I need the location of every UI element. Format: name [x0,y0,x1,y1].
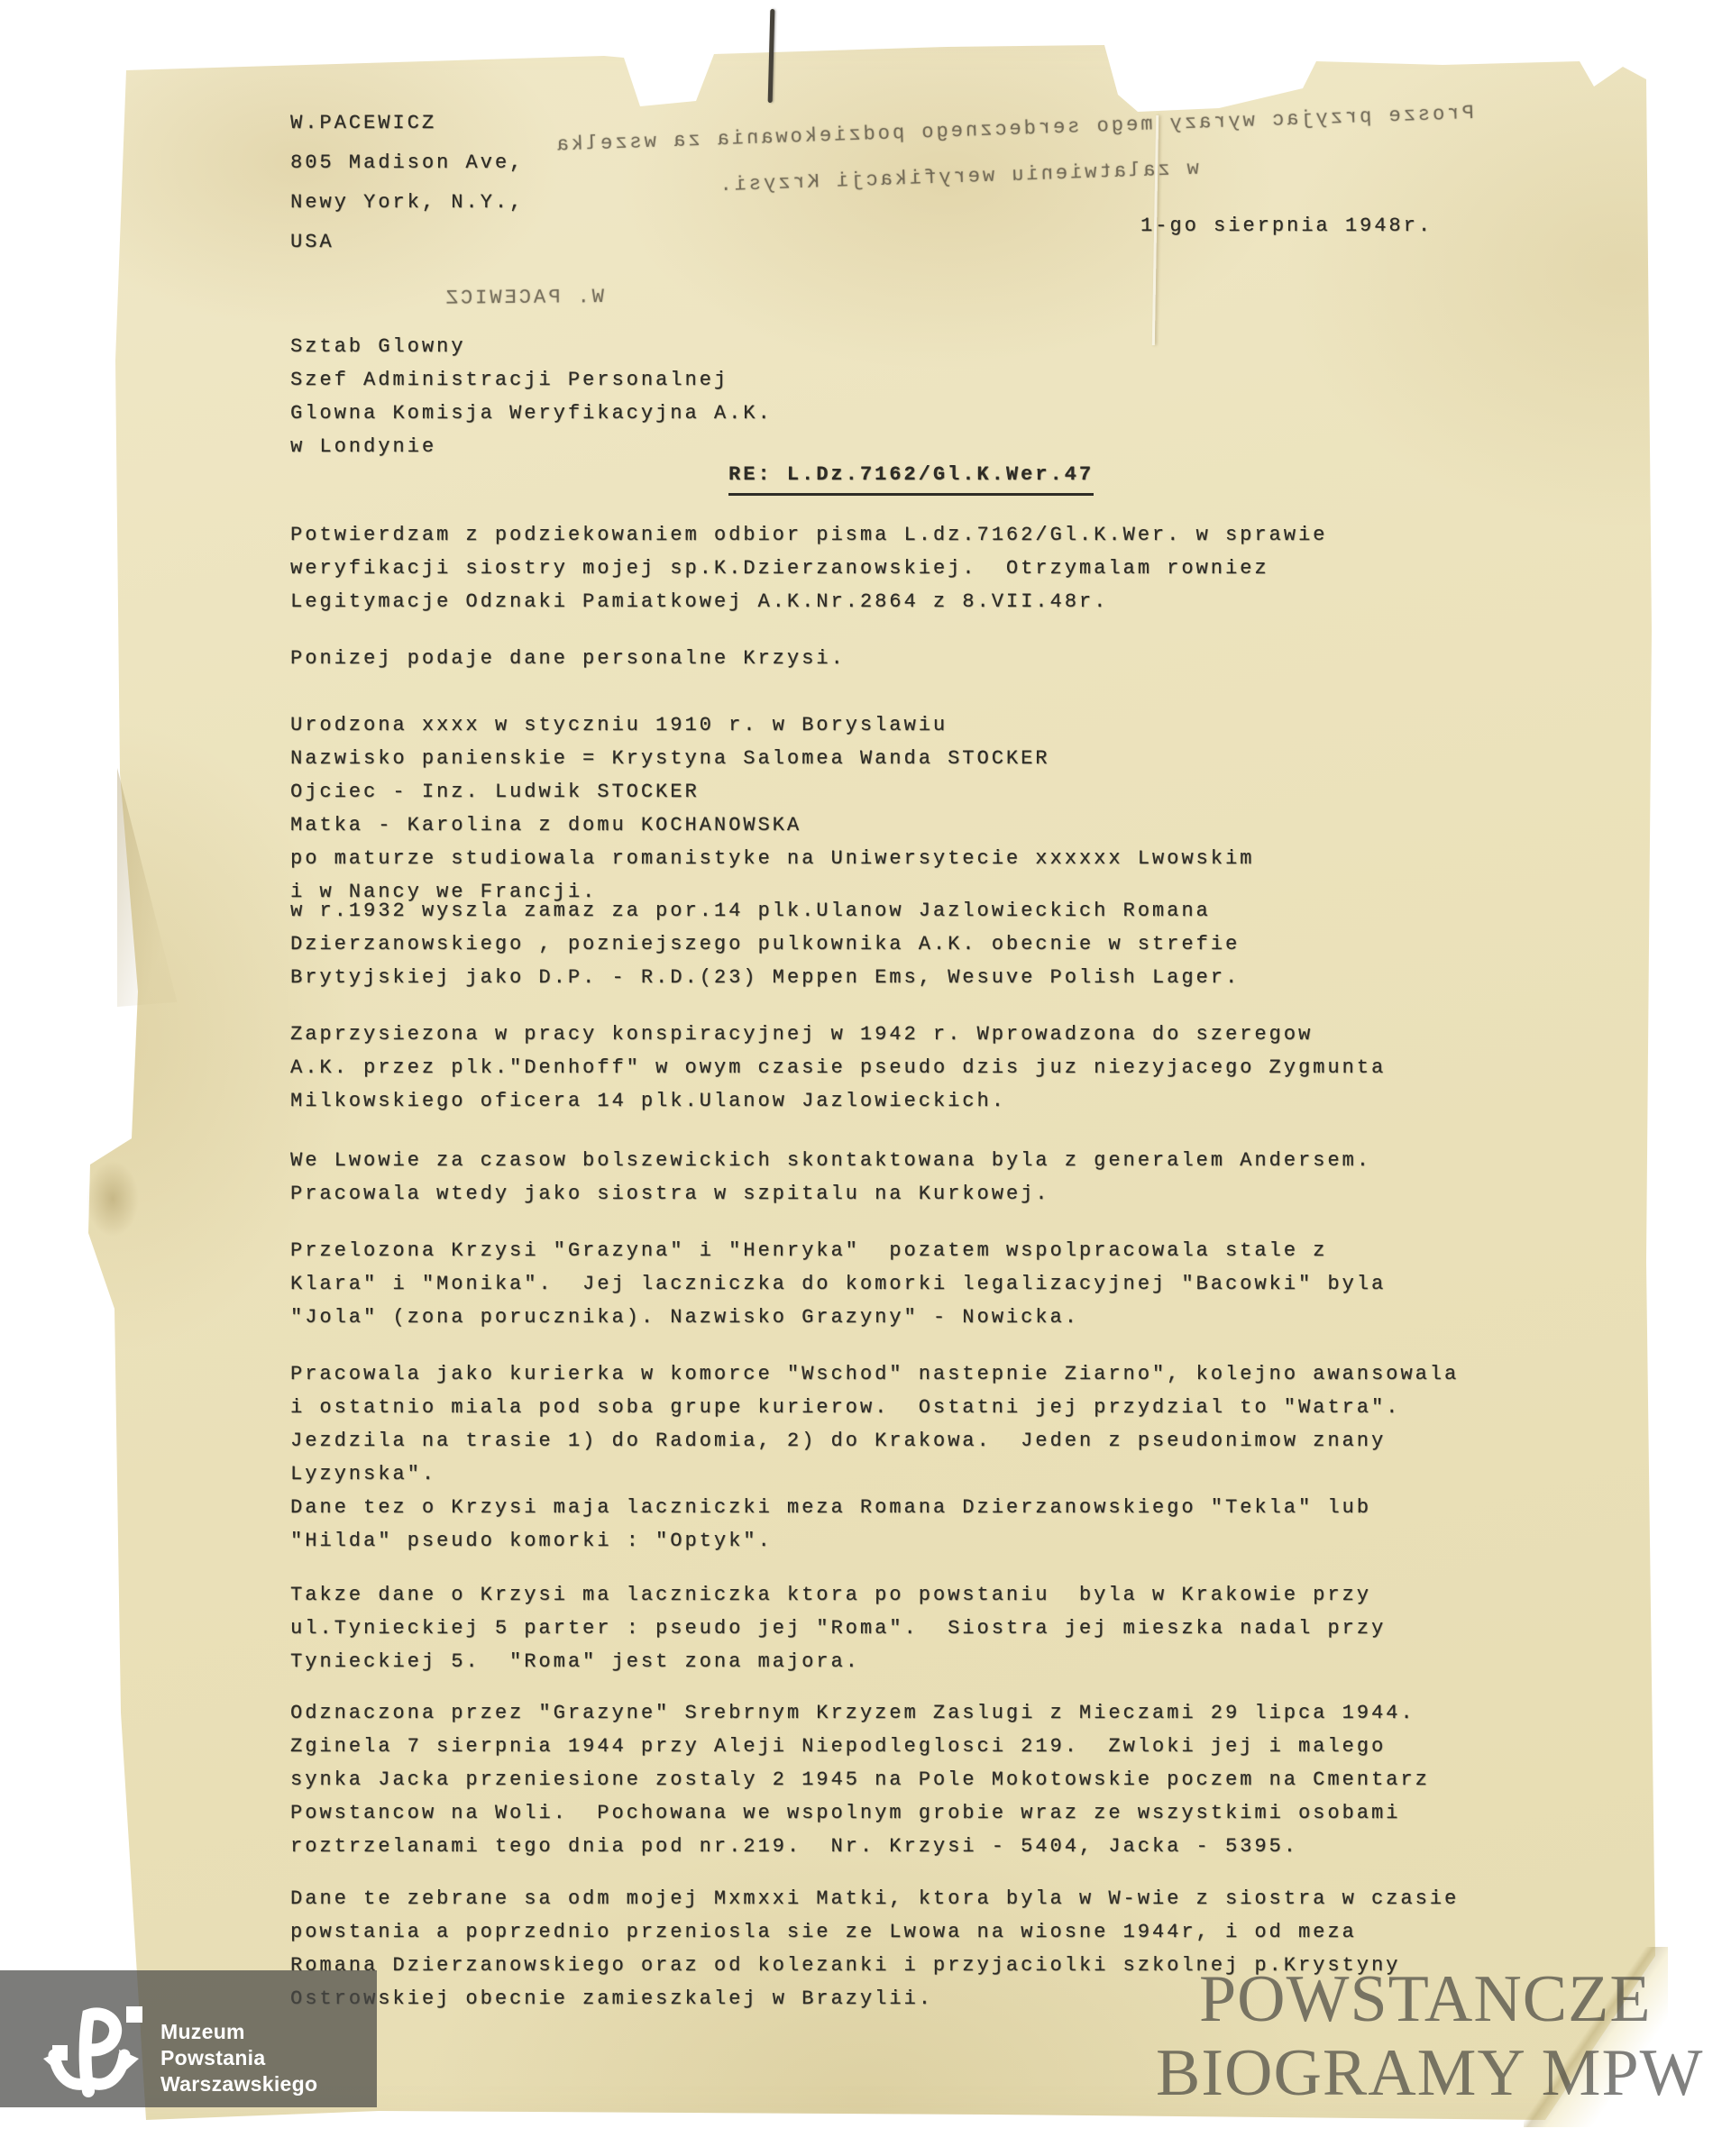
paragraph-6: We Lwowie za czasow bolszewickich skonta… [290,1144,1371,1210]
scan-page: Prosze przyjac wyrazy mego serdecznego p… [0,0,1731,2156]
watermark-line-1: POWSTANCZE [1199,1961,1652,2038]
bleedthrough-stamp: W. PACEWICZ [410,286,604,310]
left-edge-bump [87,1161,139,1237]
recipient-address: Sztab Glowny Szef Administracji Personal… [290,330,773,463]
paragraph-3: Urodzona xxxx w styczniu 1910 r. w Borys… [290,708,1254,909]
logo-text-muzeum: Muzeum [160,2022,245,2042]
paragraph-9: Takze dane o Krzysi ma laczniczka ktora … [290,1578,1386,1678]
kotwica-icon [36,2001,146,2109]
paragraph-10: Odznaczona przez "Grazyne" Srebrnym Krzy… [290,1696,1430,1863]
paragraph-1: Potwierdzam z podziekowaniem odbior pism… [290,518,1327,618]
sender-address: W.PACEWICZ 805 Madison Ave, Newy York, N… [290,104,524,262]
paragraph-7: Przelozona Krzysi "Grazyna" i "Henryka" … [290,1234,1386,1334]
watermark-line-2: BIOGRAMY MPW [1156,2035,1703,2112]
paragraph-5: Zaprzysiezona w pracy konspiracyjnej w 1… [290,1018,1386,1118]
paragraph-8: Pracowala jako kurierka w komorce "Wscho… [290,1357,1459,1558]
logo-text-powstania: Powstania [160,2048,265,2069]
logo-text-warszawskiego: Warszawskiego [160,2074,317,2095]
paragraph-4: w r.1932 wyszla zamaz za por.14 plk.Ulan… [290,894,1240,994]
subject-line: RE: L.Dz.7162/Gl.K.Wer.47 [728,458,1094,496]
paragraph-2: Ponizej podaje dane personalne Krzysi. [290,642,846,675]
letter-date: 1-go sierpnia 1948r. [1140,209,1433,242]
